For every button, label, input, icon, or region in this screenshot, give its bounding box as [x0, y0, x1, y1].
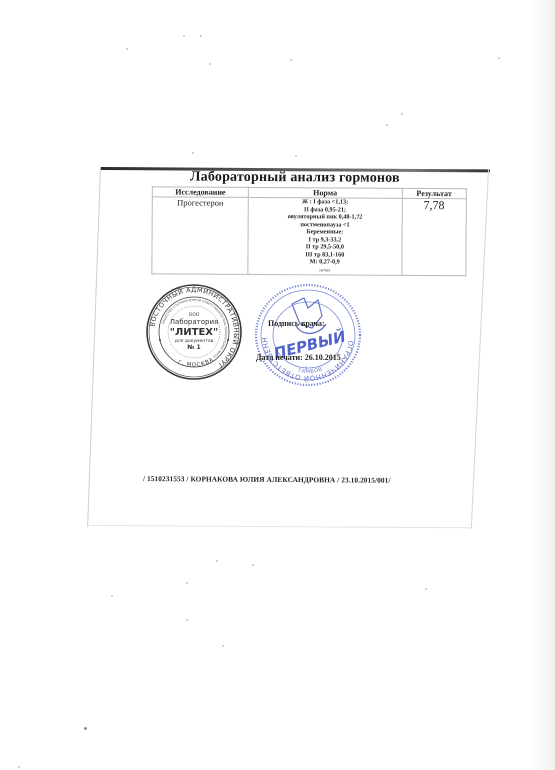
company-stamp: ОГРАНИЧЕННОЙ ОТВЕТСТВЕННОСТЬЮ ТАМБОВ ПЕР… [252, 282, 364, 388]
scan-edge-shadow [531, 0, 555, 770]
scan-speck [126, 48, 128, 50]
results-table: Исследование Норма Результат Прогестерон… [151, 186, 467, 276]
scan-speck [290, 59, 292, 61]
scan-speck [200, 35, 202, 37]
patient-footer: / 1510231553 / КОРНАКОВА ЮЛИЯ АЛЕКСАНДРО… [143, 474, 391, 485]
norm-unit: нг/мл [250, 265, 398, 273]
stamp-seal-icon: ВОСТОЧНЫЙ АДМИНИСТРАТИВНЫЙ ОКРУГ ОБЩЕСТВ… [144, 282, 244, 382]
svg-text:№ 1: № 1 [187, 344, 200, 351]
scan-speck [222, 645, 224, 647]
table-row: Прогестерон Ж : I фаза <1,13; II фаза 0,… [152, 197, 466, 276]
scan-speck [192, 152, 194, 154]
sheet-left-edge [87, 167, 101, 527]
scan-speck [186, 619, 188, 621]
study-name: Прогестерон [152, 197, 249, 275]
svg-text:Лаборатория: Лаборатория [170, 318, 218, 326]
scan-speck [425, 588, 427, 590]
doctor-signature-label: Подпись врача: [268, 319, 325, 328]
svg-text:г. МОСКВА: г. МОСКВА [177, 357, 215, 369]
scan-speck [18, 766, 20, 768]
scan-speck [209, 63, 211, 65]
print-date-label: Дата печати: 26.10.2015 [256, 353, 341, 362]
scan-speck [111, 595, 113, 597]
scan-speck [186, 582, 188, 584]
scan-speck [252, 564, 254, 566]
document-title: Лабораторный анализ гормонов [100, 169, 490, 187]
scan-speck [401, 113, 403, 115]
scan-speck [183, 35, 185, 37]
result-value: 7,78 [401, 198, 466, 275]
sheet-right-edge [471, 169, 489, 529]
scan-speck [386, 124, 388, 126]
svg-text:3: 3 [305, 366, 308, 371]
scan-speck [84, 727, 87, 730]
laboratory-stamp: ВОСТОЧНЫЙ АДМИНИСТРАТИВНЫЙ ОКРУГ ОБЩЕСТВ… [144, 282, 244, 382]
stamp-seal-icon: ОГРАНИЧЕННОЙ ОТВЕТСТВЕННОСТЬЮ ТАМБОВ ПЕР… [252, 282, 364, 388]
scan-speck [295, 155, 297, 157]
svg-text:"ЛИТЕХ": "ЛИТЕХ" [170, 327, 218, 338]
norm-range: Ж : I фаза <1,13; II фаза 0,95-21; овуля… [248, 197, 402, 275]
sheet-bottom-edge [88, 525, 473, 528]
header-study: Исследование [152, 187, 248, 198]
scan-speck [498, 57, 500, 59]
scan-speck [216, 560, 218, 562]
